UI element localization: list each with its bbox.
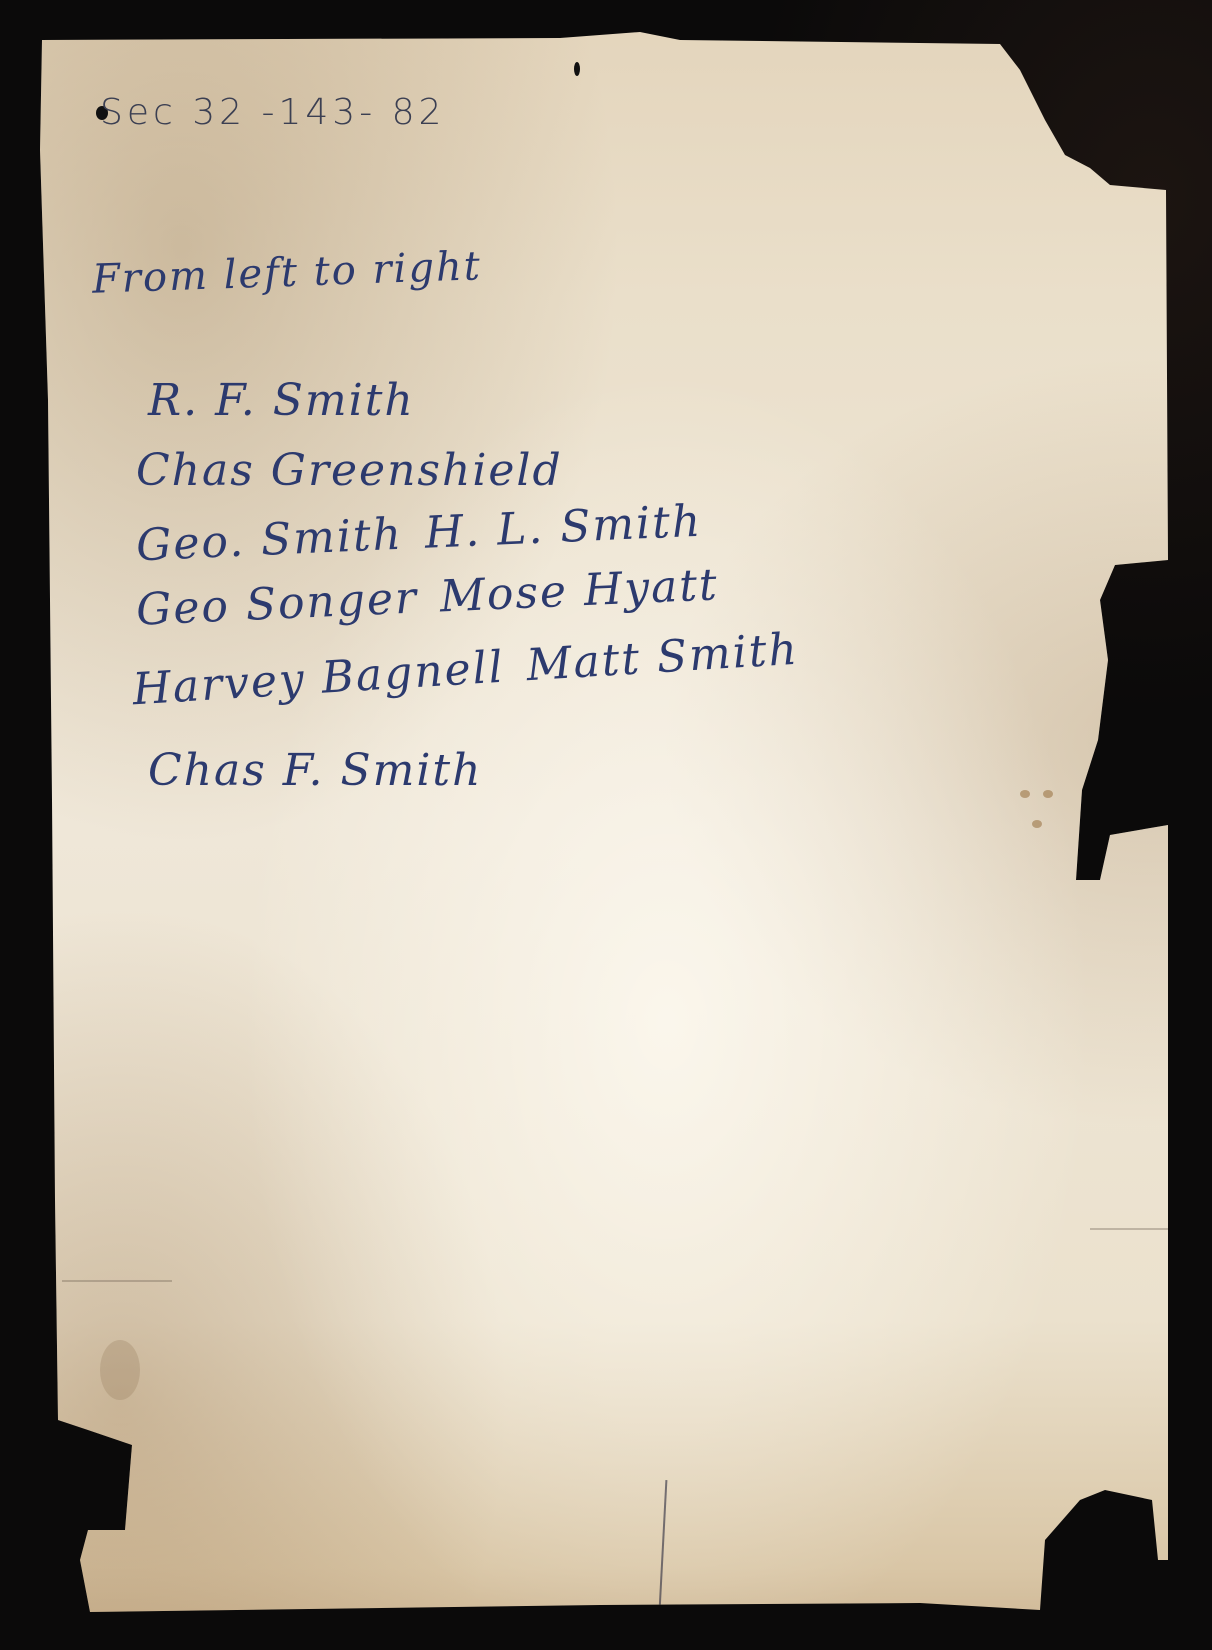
pin-hole xyxy=(574,62,580,76)
name-line-2: Chas Greenshield xyxy=(136,445,563,496)
person-name: Chas F. Smith xyxy=(148,745,482,796)
rust-spot xyxy=(1020,790,1030,798)
person-name: Chas Greenshield xyxy=(136,445,563,496)
name-line-1: R. F. Smith xyxy=(148,375,415,426)
crease-line xyxy=(659,1480,668,1610)
rust-spot xyxy=(1043,790,1053,798)
photo-back-paper xyxy=(0,0,1212,1650)
water-stain xyxy=(100,1340,140,1400)
person-name: R. F. Smith xyxy=(148,375,415,426)
rust-spot xyxy=(1032,820,1042,828)
catalog-number: Sec 32 -143- 82 xyxy=(100,92,445,133)
name-line-6: Chas F. Smith xyxy=(148,745,482,796)
crease-line xyxy=(62,1280,172,1282)
crease-line xyxy=(1090,1228,1168,1230)
